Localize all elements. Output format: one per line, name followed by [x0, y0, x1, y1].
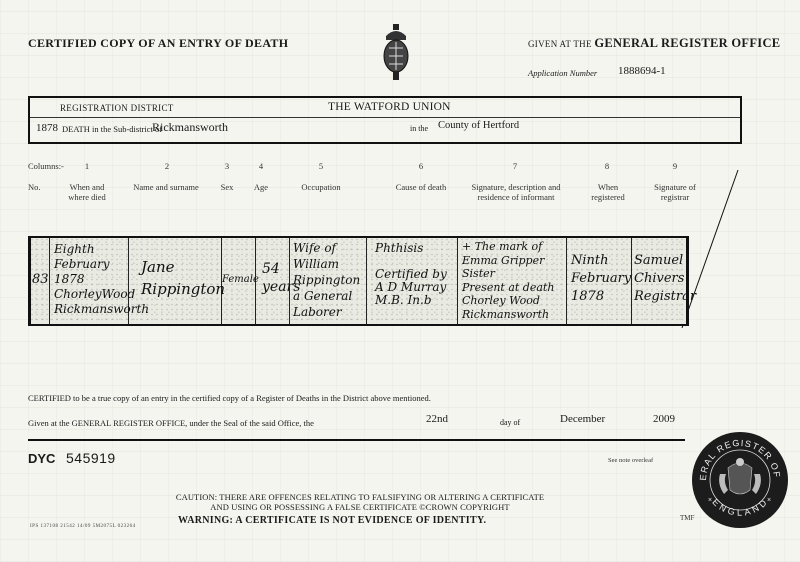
- entry-when-registered: Ninth February 1878: [571, 252, 631, 306]
- registration-district-box: REGISTRATION DISTRICT THE WATFORD UNION …: [28, 96, 742, 144]
- svg-text:×: ×: [767, 497, 771, 504]
- column-number-8: 8: [592, 161, 622, 171]
- signature-rule: [28, 439, 685, 441]
- given-at-office: GENERAL REGISTER OFFICE: [594, 36, 780, 50]
- header-name: Name and surname: [124, 182, 208, 192]
- death-entry-row: 83 Eighth February 1878 ChorleyWood Rick…: [28, 236, 689, 326]
- cell-informant: + The mark of Emma Gripper Sister Presen…: [458, 238, 567, 324]
- svg-text:×: ×: [708, 497, 712, 504]
- column-number-3: 3: [212, 161, 242, 171]
- cell-no: 83: [31, 238, 50, 324]
- registration-district-label: REGISTRATION DISTRICT: [60, 103, 174, 113]
- district-divider: [30, 117, 740, 118]
- cell-registrar: Samuel Chivers Registrar: [632, 238, 683, 324]
- identity-warning: WARNING: A CERTIFICATE IS NOT EVIDENCE O…: [178, 515, 486, 526]
- header-sex: Sex: [212, 182, 242, 192]
- county-value: County of Hertford: [438, 120, 519, 131]
- header-when-registered: When registered: [578, 182, 638, 202]
- cell-sex: Female: [222, 238, 256, 324]
- royal-crest-icon: [380, 22, 412, 84]
- serial-prefix: DYC: [28, 451, 55, 466]
- column-number-7: 7: [500, 161, 530, 171]
- cell-when-registered: Ninth February 1878: [567, 238, 632, 324]
- entry-occupation: Wife of William Rippington a General Lab…: [293, 240, 360, 320]
- cell-occupation: Wife of William Rippington a General Lab…: [290, 238, 367, 324]
- certified-year: 2009: [653, 413, 675, 425]
- serial-number: 545919: [66, 450, 116, 466]
- header-occupation: Occupation: [280, 182, 362, 192]
- registration-year: 1878: [36, 122, 58, 134]
- header-informant: Signature, description and residence of …: [460, 182, 572, 202]
- subdistrict-label: DEATH in the Sub-district of: [62, 124, 162, 134]
- entry-no: 83: [32, 272, 49, 287]
- entry-informant: + The mark of Emma Gripper Sister Presen…: [462, 240, 554, 321]
- column-number-2: 2: [152, 161, 182, 171]
- column-number-1: 1: [72, 161, 102, 171]
- column-number-6: 6: [406, 161, 436, 171]
- certified-month: December: [560, 413, 605, 425]
- certificate-title: CERTIFIED COPY OF AN ENTRY OF DEATH: [28, 36, 288, 51]
- caution-line-2: AND USING OR POSSESSING A FALSE CERTIFIC…: [170, 502, 550, 512]
- cancellation-slant-line: [680, 170, 740, 330]
- given-at-small: GIVEN AT THE: [528, 39, 592, 49]
- certified-statement: CERTIFIED to be a true copy of an entry …: [28, 393, 431, 403]
- caution-notice: CAUTION: THERE ARE OFFENCES RELATING TO …: [170, 492, 550, 512]
- caution-line-1: CAUTION: THERE ARE OFFENCES RELATING TO …: [170, 492, 550, 502]
- see-note-overleaf: See note overleaf: [608, 457, 653, 464]
- general-register-office-seal-icon: GENERAL REGISTER OFFICE ENGLAND × ×: [690, 430, 790, 530]
- subdistrict-value: Rickmansworth: [152, 120, 228, 135]
- cell-when-where: Eighth February 1878 ChorleyWood Rickman…: [50, 238, 129, 324]
- registration-district-value: THE WATFORD UNION: [328, 101, 451, 113]
- entry-name: Jane Rippington: [141, 256, 225, 300]
- header-no: No.: [28, 182, 48, 192]
- entry-registrar: Samuel Chivers Registrar: [634, 252, 696, 306]
- day-of-label: day of: [500, 418, 520, 427]
- column-number-5: 5: [306, 161, 336, 171]
- columns-label: Columns:-: [28, 161, 64, 171]
- certified-day: 22nd: [426, 413, 448, 425]
- cell-cause: Phthisis Certified by A D Murray M.B. In…: [367, 238, 458, 324]
- header-age: Age: [246, 182, 276, 192]
- print-code: IPS 137108 21542 14/09 5M2075L 023264: [30, 524, 136, 529]
- header-when-where: When and where died: [52, 182, 122, 202]
- in-the-label: in the: [410, 124, 428, 133]
- column-number-4: 4: [246, 161, 276, 171]
- entry-sex: Female: [222, 272, 259, 287]
- cell-age: 54 years: [256, 238, 290, 324]
- application-number-label: Application Number: [528, 68, 597, 78]
- header-cause: Cause of death: [380, 182, 462, 192]
- given-at-heading: GIVEN AT THE GENERAL REGISTER OFFICE: [528, 36, 780, 51]
- entry-cause: Phthisis Certified by A D Murray M.B. In…: [375, 242, 447, 307]
- given-statement: Given at the GENERAL REGISTER OFFICE, un…: [28, 418, 314, 428]
- application-number: 1888694-1: [618, 65, 666, 77]
- cell-name: Jane Rippington: [129, 238, 222, 324]
